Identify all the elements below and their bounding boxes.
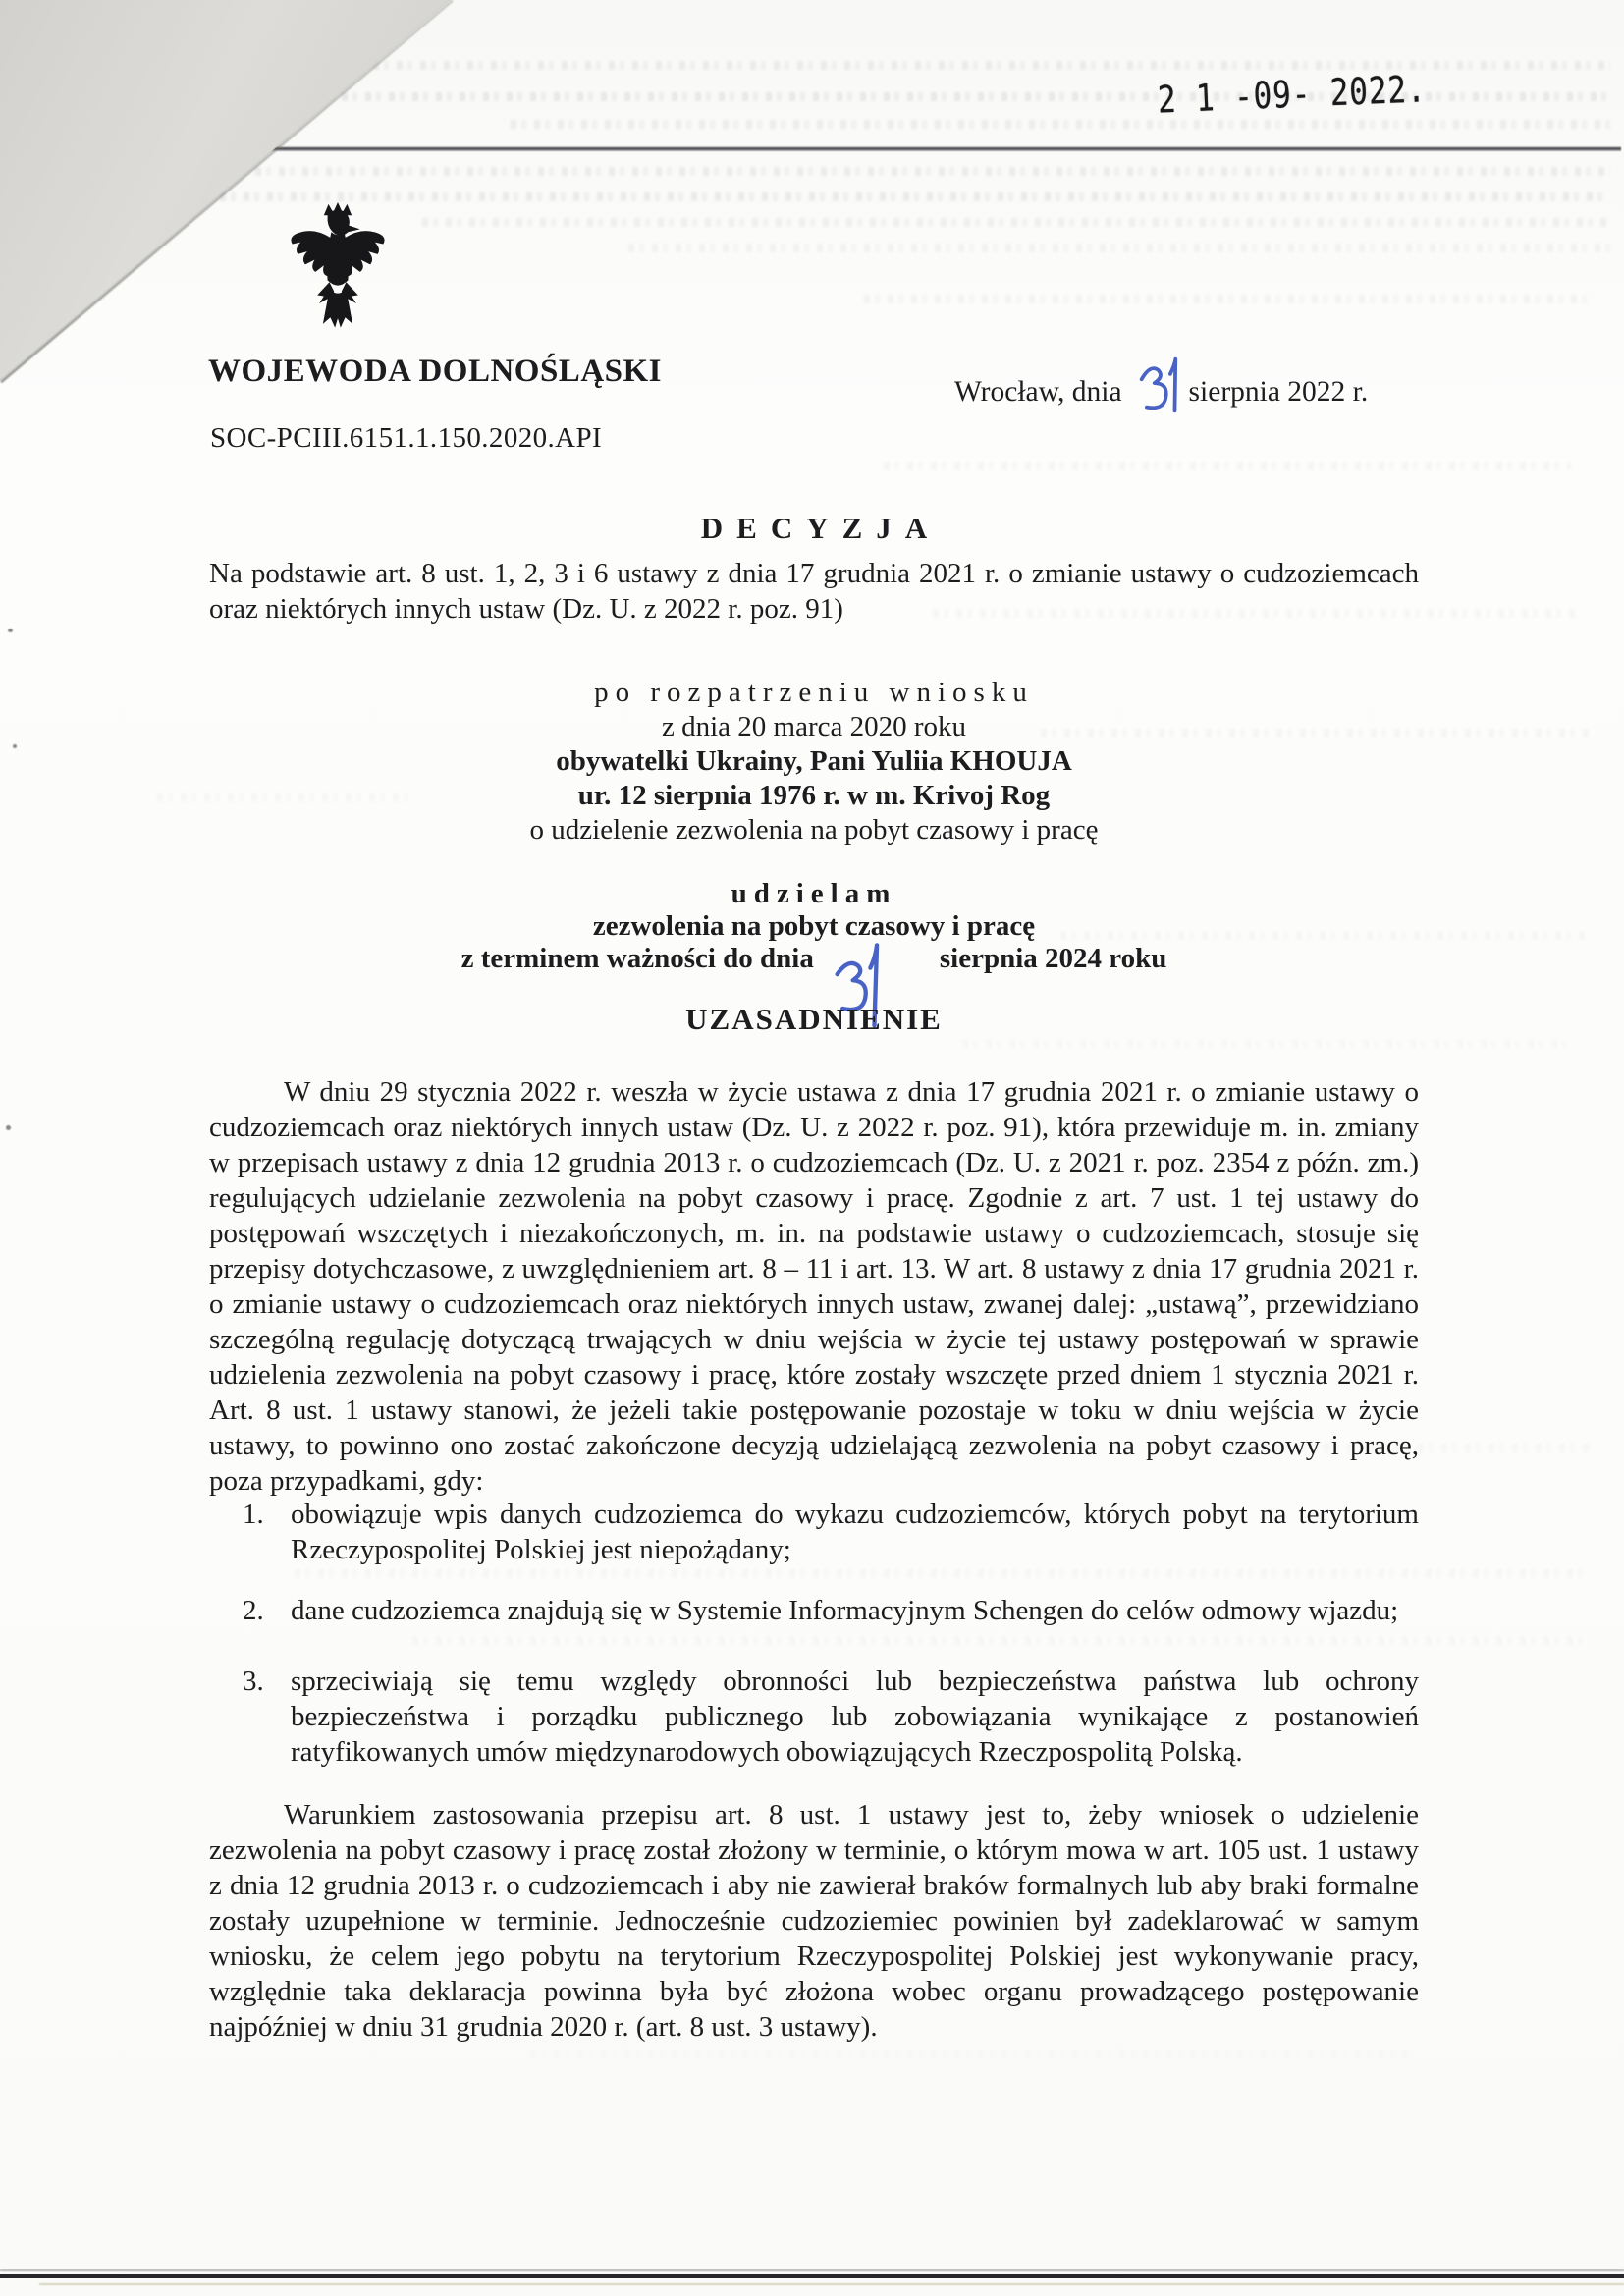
application-line-5: o udzielenie zezwolenia na pobyt czasowy… <box>209 813 1419 847</box>
application-block: po rozpatrzeniu wniosku z dnia 20 marca … <box>209 676 1419 847</box>
grant-block: udzielam zezwolenia na pobyt czasowy i p… <box>209 878 1419 975</box>
list-item-number: 2. <box>243 1593 264 1628</box>
grant-line-3-suffix: sierpnia 2024 roku <box>940 943 1167 974</box>
list-item-text: sprzeciwiają się temu względy obronności… <box>291 1664 1419 1770</box>
grant-line-2: zezwolenia na pobyt czasowy i pracę <box>209 910 1419 943</box>
grant-line-3: z terminem ważności do dnia31sierpnia 20… <box>209 943 1419 975</box>
justification-paragraph-2: Warunkiem zastosowania przepisu art. 8 u… <box>209 1797 1419 2045</box>
list-item: 3. sprzeciwiają się temu względy obronno… <box>243 1664 1419 1770</box>
application-line-2: z dnia 20 marca 2020 roku <box>209 710 1419 744</box>
list-item-text: obowiązuje wpis danych cudzoziemca do wy… <box>291 1497 1419 1567</box>
list-item: 1. obowiązuje wpis danych cudzoziemca do… <box>243 1497 1419 1567</box>
justification-paragraph-1: W dniu 29 stycznia 2022 r. weszła w życi… <box>209 1074 1419 1499</box>
applicant-name-line: obywatelki Ukrainy, Pani Yuliia KHOUJA <box>209 744 1419 779</box>
decision-title: DECYZJA <box>209 511 1426 546</box>
grant-line-1: udzielam <box>209 878 1419 910</box>
grant-line-3-prefix: z terminem ważności do dnia <box>461 943 814 974</box>
handwritten-day-august-2024: 31 <box>814 957 940 967</box>
scan-speck <box>6 1125 11 1130</box>
list-item-text: dane cudzoziemca znajdują się w Systemie… <box>291 1593 1419 1628</box>
scan-speck <box>8 629 13 632</box>
document-body: DECYZJA Na podstawie art. 8 ust. 1, 2, 3… <box>209 0 1419 2296</box>
list-item-number: 1. <box>243 1497 264 1532</box>
scanned-document-page: 2 1 -09- 2022. WOJEWODA DOLNOŚLĄSKI SOC-… <box>0 0 1624 2296</box>
application-line-1: po rozpatrzeniu wniosku <box>209 676 1419 710</box>
list-item: 2. dane cudzoziemca znajdują się w Syste… <box>243 1593 1419 1628</box>
justification-heading: UZASADNIENIE <box>209 1002 1419 1037</box>
list-item-number: 3. <box>243 1664 264 1699</box>
legal-basis-paragraph: Na podstawie art. 8 ust. 1, 2, 3 i 6 ust… <box>209 556 1419 627</box>
scan-speck <box>13 744 17 748</box>
applicant-birth-line: ur. 12 sierpnia 1976 r. w m. Krivoj Rog <box>209 779 1419 813</box>
